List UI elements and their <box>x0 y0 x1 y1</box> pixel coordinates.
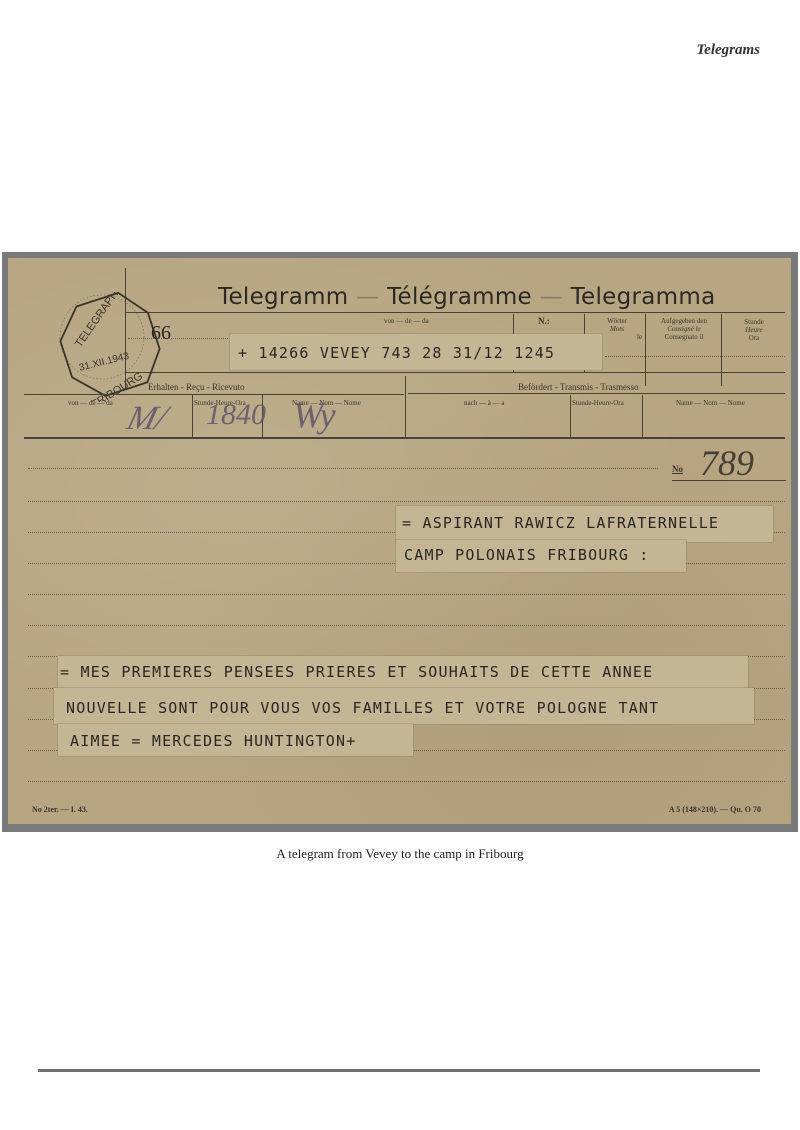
transmitted-hour-label: Stunde-Heure-Ora <box>572 399 624 407</box>
telegram-form: Telegramm — Télégramme — Telegramma von … <box>8 258 791 824</box>
transmission-line: + 14266 VEVEY 743 28 31/12 1245 <box>238 344 555 362</box>
message-line-3: AIMEE = MERCEDES HUNTINGTON+ <box>70 732 356 750</box>
hour-divider <box>721 314 722 386</box>
message-line-2: NOUVELLE SONT POUR VOUS VOS FAMILLES ET … <box>66 699 659 717</box>
section-bottom-rule <box>24 437 785 439</box>
received-rule <box>24 394 404 395</box>
dotted-line <box>28 594 785 595</box>
page-bottom-rule <box>38 1069 760 1072</box>
dotted-line <box>28 468 658 469</box>
handwritten-hour: 1840 <box>206 398 266 432</box>
transmitted-hour-right <box>642 395 643 437</box>
from-label: von — de — da <box>384 317 429 325</box>
header-top-rule <box>125 312 785 313</box>
figure-caption: A telegram from Vevey to the camp in Fri… <box>0 846 800 862</box>
title-de: Telegramm <box>218 284 349 310</box>
form-code-left: No 2ter. — I. 43. <box>32 805 88 814</box>
stamp-number: 66 <box>151 322 171 345</box>
transmitted-name-label: Name — Nom — Nome <box>676 399 745 407</box>
dotted-line <box>605 356 785 357</box>
number-underline <box>672 480 786 481</box>
telegram-title: Telegramm — Télégramme — Telegramma <box>218 284 715 310</box>
postmark-stamp-icon: TELEGRAPH 31.XII.1943 FRIBOURG <box>52 292 162 402</box>
number-label: N.: <box>538 317 550 325</box>
received-heading: Erhalten - Reçu - Ricevuto <box>148 382 244 392</box>
transmitted-to-label: nach — à — a <box>464 399 504 407</box>
dotted-line <box>28 625 785 626</box>
dotted-line <box>28 781 785 782</box>
running-head: Telegrams <box>696 42 760 59</box>
address-line-2: CAMP POLONAIS FRIBOURG : <box>404 546 650 564</box>
number-field-label: No <box>672 464 683 474</box>
form-code-right: A 5 (148×210). — Qu. O 70 <box>669 805 761 814</box>
handwritten-number: 789 <box>700 442 754 484</box>
dotted-line <box>28 501 785 502</box>
received-hour-left <box>192 395 193 437</box>
received-from-label: von — de — da <box>68 399 113 407</box>
svg-text:31.XII.1943: 31.XII.1943 <box>78 351 131 374</box>
consigned-divider <box>645 314 646 386</box>
section-divider <box>405 376 406 438</box>
message-line-1: = MES PREMIERES PENSEES PRIERES ET SOUHA… <box>60 663 653 681</box>
transmitted-rule <box>408 393 785 394</box>
hour-label: Stunde Heure Ora <box>724 318 784 342</box>
title-separator: — <box>356 284 379 310</box>
handwritten-from: M/ <box>123 400 171 438</box>
handwritten-name: Wy <box>293 394 336 436</box>
consigned-label: Aufgegeben den Consigné le Consegnato il <box>648 317 720 341</box>
title-fr: Télégramme <box>387 284 532 310</box>
address-line-1: = ASPIRANT RAWICZ LAFRATERNELLE <box>402 514 719 532</box>
transmitted-heading: Befördert - Transmis - Trasmesso <box>518 382 639 392</box>
header-bottom-rule <box>125 372 785 373</box>
transmitted-hour-left <box>570 395 571 437</box>
title-it: Telegramma <box>571 284 716 310</box>
title-separator: — <box>540 284 563 310</box>
telegram-photo-frame: Telegramm — Télégramme — Telegramma von … <box>2 252 798 832</box>
